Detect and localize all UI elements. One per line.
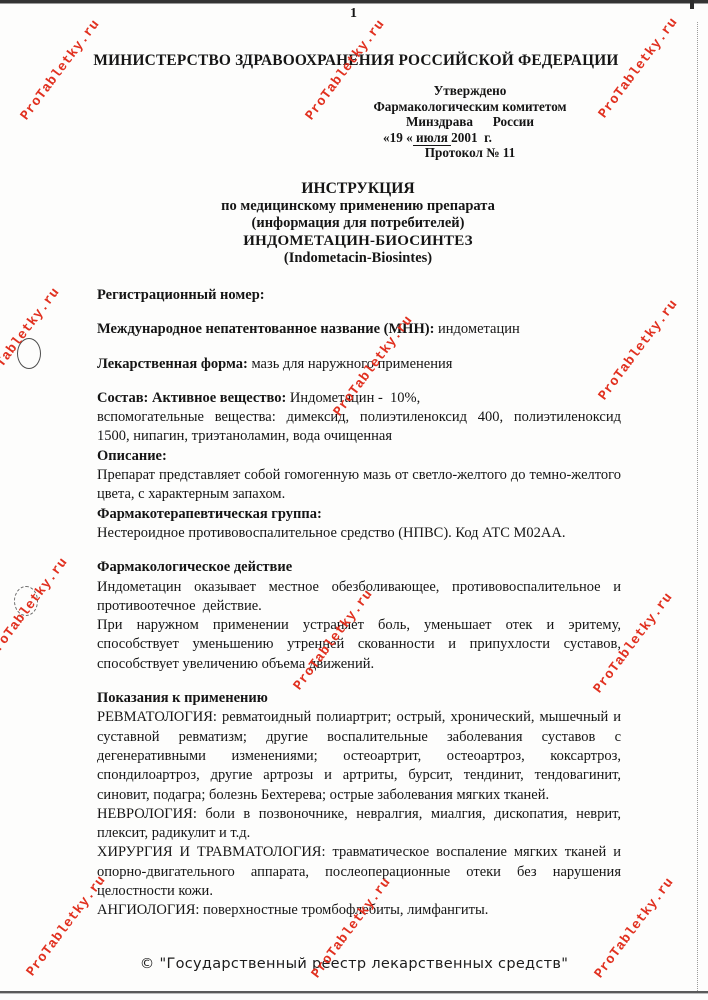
title-drug-name-latin: (Indometacin-Biosintes) — [92, 250, 624, 268]
document-title-block: ИНСТРУКЦИЯ по медицинскому применению пр… — [92, 180, 624, 268]
approval-date-prefix: «19 « — [383, 130, 413, 145]
page-number: 1 — [0, 6, 708, 22]
title-consumer-info: (информация для потребителей) — [92, 215, 624, 233]
body-paragraph: Регистрационный номер: — [97, 286, 621, 305]
body-paragraph: НЕВРОЛОГИЯ: боли в позвоночнике, невралг… — [97, 805, 621, 844]
body-paragraph: ХИРУРГИЯ И ТРАВМАТОЛОГИЯ: травматическое… — [97, 843, 621, 901]
body-paragraph: Лекарственная форма: мазь для наружного … — [97, 355, 621, 374]
body-paragraph: вспомогательные вещества: димексид, поли… — [97, 408, 621, 447]
paragraph-text: индометацин — [434, 321, 519, 337]
body-paragraph: Состав: Активное вещество: Индометацин -… — [97, 389, 621, 408]
body-paragraph: Международное непатентованное название (… — [97, 320, 621, 339]
paragraph-text: Индометацин оказывает местное обезболива… — [97, 579, 621, 614]
ministry-heading: МИНИСТЕРСТВО ЗДРАВООХРАНЕНИЯ РОССИЙСКОЙ … — [84, 52, 628, 70]
body-paragraph: Описание: — [97, 447, 621, 466]
approval-ministry-line: Минздрава России — [366, 114, 574, 130]
hole-punch-top — [17, 338, 41, 369]
paragraph-text: НЕВРОЛОГИЯ: боли в позвоночнике, невралг… — [97, 806, 621, 841]
approval-date-month: июля — [413, 130, 451, 146]
paragraph-lead: Описание: — [97, 448, 167, 464]
approval-date-suffix: 2001 г. — [451, 130, 492, 145]
approval-committee-line: Фармакологическим комитетом — [366, 99, 574, 115]
approval-date-line: «19 « июля 2001 г. — [366, 130, 574, 146]
scan-artifact-bottom-edge — [0, 991, 708, 994]
paragraph-lead: Регистрационный номер: — [97, 287, 265, 303]
hole-punch-bottom — [14, 586, 38, 616]
paragraph-text: РЕВМАТОЛОГИЯ: ревматоидный полиартрит; о… — [97, 709, 621, 802]
body-paragraph: РЕВМАТОЛОГИЯ: ревматоидный полиартрит; о… — [97, 708, 621, 804]
body-paragraph: Показания к применению — [97, 689, 621, 708]
scan-artifact-top-edge — [0, 0, 708, 4]
document-body: Регистрационный номер: Международное неп… — [97, 286, 621, 921]
body-paragraph: При наружном применении устраняет боль, … — [97, 616, 621, 674]
paragraph-lead: Фармакотерапевтическая группа: — [97, 506, 322, 522]
body-paragraph: Нестероидное противовоспалительное средс… — [97, 524, 621, 543]
paragraph-lead: Лекарственная форма: — [97, 356, 248, 372]
body-paragraph: Индометацин оказывает местное обезболива… — [97, 578, 621, 617]
paragraph-lead: Международное непатентованное название (… — [97, 321, 434, 337]
scan-artifact-right-edge — [697, 22, 698, 991]
body-paragraph: Фармакологическое действие — [97, 558, 621, 577]
approval-protocol-line: Протокол № 11 — [366, 145, 574, 161]
paragraph-text: АНГИОЛОГИЯ: поверхностные тромбофлебиты,… — [97, 902, 488, 918]
approval-block: Утверждено Фармакологическим комитетом М… — [366, 83, 574, 161]
scanned-document-page: 1 МИНИСТЕРСТВО ЗДРАВООХРАНЕНИЯ РОССИЙСКО… — [0, 0, 708, 1000]
title-subtitle: по медицинскому применению препарата — [92, 198, 624, 216]
paragraph-text: мазь для наружного применения — [248, 356, 453, 372]
paragraph-text: При наружном применении устраняет боль, … — [97, 617, 621, 672]
paragraph-text: ХИРУРГИЯ И ТРАВМАТОЛОГИЯ: травматическое… — [97, 844, 621, 899]
approval-approved-label: Утверждено — [366, 83, 574, 99]
paragraph-text: вспомогательные вещества: димексид, поли… — [97, 409, 621, 444]
paragraph-lead: Состав: Активное вещество: — [97, 390, 286, 406]
paragraph-text: Индометацин - 10%, — [286, 390, 420, 406]
title-instruction: ИНСТРУКЦИЯ — [92, 180, 624, 198]
body-paragraph: Препарат представляет собой гомогенную м… — [97, 466, 621, 505]
footer-copyright: © "Государственный реестр лекарственных … — [87, 956, 621, 972]
body-paragraph: АНГИОЛОГИЯ: поверхностные тромбофлебиты,… — [97, 901, 621, 920]
paragraph-text: Нестероидное противовоспалительное средс… — [97, 525, 566, 541]
paragraph-lead: Фармакологическое действие — [97, 559, 292, 575]
watermark-protabletky: ProTabletky.ru — [18, 17, 103, 123]
paragraph-lead: Показания к применению — [97, 690, 268, 706]
paragraph-text: Препарат представляет собой гомогенную м… — [97, 467, 621, 502]
body-paragraph: Фармакотерапевтическая группа: — [97, 505, 621, 524]
title-drug-name: ИНДОМЕТАЦИН-БИОСИНТЕЗ — [92, 233, 624, 251]
